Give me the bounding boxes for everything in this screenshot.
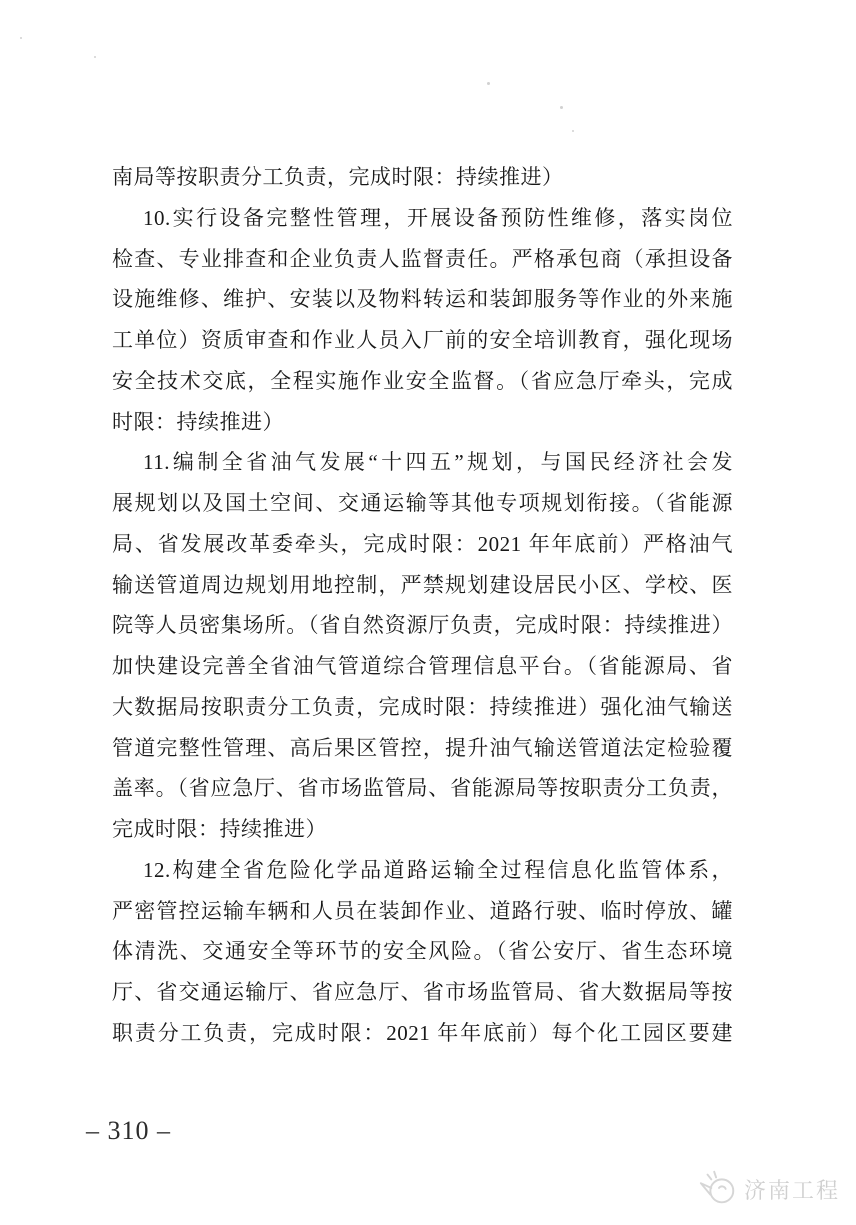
- text-line: 工单位）资质审查和作业人员入厂前的安全培训教育，强化现场: [112, 320, 733, 361]
- text-line: 局、省发展改革委牵头，完成时限：2021 年年底前）严格油气: [112, 524, 733, 565]
- scan-speck: [20, 37, 22, 39]
- text-line: 输送管道周边规划用地控制，严禁规划建设居民小区、学校、医: [112, 565, 733, 606]
- text-line: 完成时限：持续推进）: [112, 809, 733, 850]
- text-line: 检查、专业排查和企业负责人监督责任。严格承包商（承担设备: [112, 239, 733, 280]
- text-line: 时限：持续推进）: [112, 402, 733, 443]
- text-line: 安全技术交底，全程实施作业安全监督。（省应急厅牵头，完成: [112, 361, 733, 402]
- text-line: 南局等按职责分工负责，完成时限：持续推进）: [112, 157, 733, 198]
- chick-megaphone-logo-icon: [697, 1166, 739, 1213]
- scan-speck: [94, 56, 96, 58]
- text-line: 展规划以及国土空间、交通运输等其他专项规划衔接。（省能源: [112, 483, 733, 524]
- text-line: 职责分工负责，完成时限：2021 年年底前）每个化工园区要建: [112, 1013, 733, 1054]
- text-line: 加快建设完善全省油气管道综合管理信息平台。（省能源局、省: [112, 646, 733, 687]
- text-line: 大数据局按职责分工负责，完成时限：持续推进）强化油气输送: [112, 687, 733, 728]
- text-line: 11.编制全省油气发展“十四五”规划，与国民经济社会发: [112, 442, 733, 483]
- text-line: 体清洗、交通安全等环节的安全风险。（省公安厅、省生态环境: [112, 931, 733, 972]
- text-line: 10.实行设备完整性管理，开展设备预防性维修，落实岗位: [112, 198, 733, 239]
- text-line: 盖率。（省应急厅、省市场监管局、省能源局等按职责分工负责，: [112, 768, 733, 809]
- text-line: 管道完整性管理、高后果区管控，提升油气输送管道法定检验覆: [112, 728, 733, 769]
- scanned-document-page: 南局等按职责分工负责，完成时限：持续推进） 10.实行设备完整性管理，开展设备预…: [0, 0, 856, 1225]
- watermark-logo: 济南工程: [697, 1166, 840, 1213]
- text-line: 严密管控运输车辆和人员在装卸作业、道路行驶、临时停放、罐: [112, 891, 733, 932]
- scan-speck: [572, 130, 574, 132]
- text-line: 12.构建全省危险化学品道路运输全过程信息化监管体系，: [112, 850, 733, 891]
- watermark-text: 济南工程: [744, 1174, 840, 1205]
- scan-speck: [487, 82, 490, 85]
- text-line: 设施维修、维护、安装以及物料转运和装卸服务等作业的外来施: [112, 279, 733, 320]
- scan-speck: [560, 106, 563, 109]
- document-body: 南局等按职责分工负责，完成时限：持续推进） 10.实行设备完整性管理，开展设备预…: [112, 157, 733, 1054]
- page-number: – 310 –: [86, 1116, 171, 1146]
- text-line: 院等人员密集场所。（省自然资源厅负责，完成时限：持续推进）: [112, 605, 733, 646]
- text-line: 厅、省交通运输厅、省应急厅、省市场监管局、省大数据局等按: [112, 972, 733, 1013]
